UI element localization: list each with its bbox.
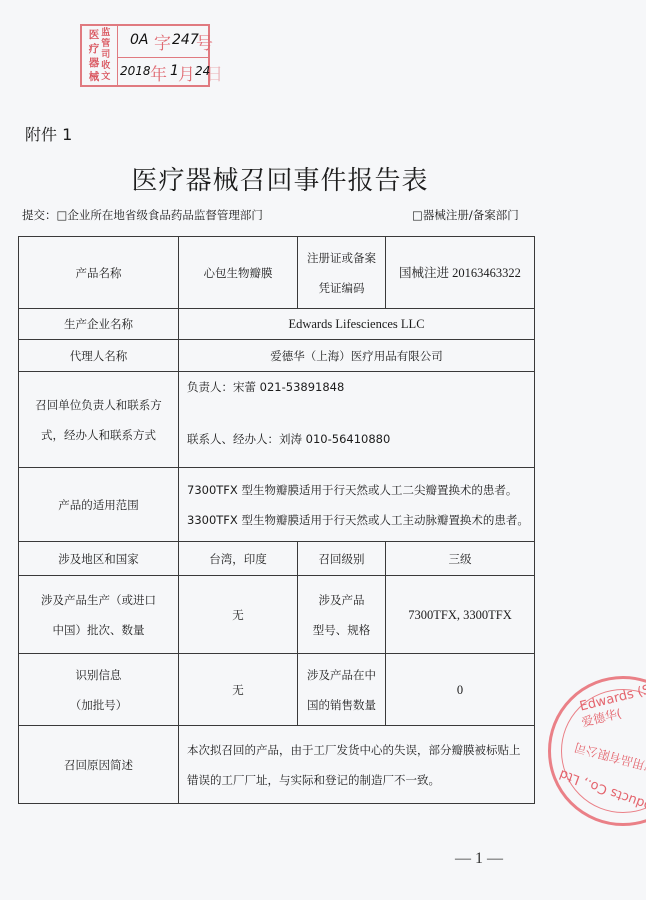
agent-value: 爱德华（上海）医疗用品有限公司 — [179, 340, 535, 372]
id-label-line1: 识别信息 — [23, 660, 174, 690]
id-label-line2: （加批号） — [23, 690, 174, 720]
recall-level-label: 召回级别 — [298, 542, 386, 576]
stamp-char: 收 — [101, 61, 110, 72]
scope-line2: 3300TFX 型生物瓣膜适用于行天然或人工主动脉瓣置换术的患者。 — [187, 505, 530, 535]
stamp-date-row: 2018 年 1 月 24 日 — [118, 57, 208, 87]
id-info-label: 识别信息 （加批号） — [19, 654, 179, 726]
stamp-number-char: 字 — [154, 29, 171, 54]
stamp-day-char: 日 — [206, 60, 223, 85]
reason-label: 召回原因简述 — [19, 726, 179, 804]
sales-label-line1: 涉及产品在中 — [302, 660, 381, 690]
reason-line2: 错误的工厂厂址，与实际和登记的制造厂不一致。 — [187, 765, 530, 795]
region-value: 台湾，印度 — [179, 542, 298, 576]
company-seal: Edwards (S 爱德华( 医疗用品有限公司 roducts Co., Lt… — [548, 676, 646, 826]
sales-label-line2: 国的销售数量 — [302, 690, 381, 720]
recall-level-value: 三级 — [386, 542, 535, 576]
sales-label: 涉及产品在中 国的销售数量 — [298, 654, 386, 726]
batch-label-line1: 涉及产品生产（或进口 — [23, 585, 174, 615]
table-row: 识别信息 （加批号） 无 涉及产品在中 国的销售数量 0 — [19, 654, 535, 726]
stamp-number-value: 247 — [172, 32, 199, 48]
contact-label: 召回单位负责人和联系方 式，经办人和联系方式 — [19, 372, 179, 468]
manufacturer-value: Edwards Lifesciences LLC — [179, 309, 535, 340]
batch-label-line2: 中国）批次、数量 — [23, 615, 174, 645]
stamp-char: 器 — [89, 56, 100, 70]
stamp-year-char: 年 — [150, 60, 167, 85]
batch-value: 无 — [179, 576, 298, 654]
submit-to-provincial: 提交：□企业所在地省级食品药品监督管理部门 — [22, 207, 263, 223]
reg-cert-label-line2: 凭证编码 — [302, 273, 381, 303]
contact-person: 负责人：宋蕾 021-53891848 — [187, 372, 530, 402]
stamp-number-prefix: 0A — [130, 32, 148, 48]
reg-cert-label: 注册证或备案 凭证编码 — [298, 237, 386, 309]
recall-report-table: 产品名称 心包生物瓣膜 注册证或备案 凭证编码 国械注进 20163463322… — [18, 236, 535, 804]
product-name-value: 心包生物瓣膜 — [179, 237, 298, 309]
stamp-year: 2018 — [120, 64, 151, 78]
batch-label: 涉及产品生产（或进口 中国）批次、数量 — [19, 576, 179, 654]
receipt-stamp: 医 疗 器 械 监 管 司 收 文 0A 字 247 号 2018 年 1 月 … — [80, 24, 210, 87]
stamp-number-suffix: 号 — [196, 29, 213, 54]
stamp-char: 医 — [89, 28, 100, 42]
table-row: 代理人名称 爱德华（上海）医疗用品有限公司 — [19, 340, 535, 372]
region-label: 涉及地区和国家 — [19, 542, 179, 576]
sales-value: 0 — [386, 654, 535, 726]
stamp-month-char: 月 — [178, 60, 195, 85]
stamp-char: 监 — [101, 28, 110, 39]
reg-cert-label-line1: 注册证或备案 — [302, 243, 381, 273]
table-row: 涉及地区和国家 台湾，印度 召回级别 三级 — [19, 542, 535, 576]
reg-cert-value: 国械注进 20163463322 — [386, 237, 535, 309]
contact-handler: 联系人、经办人：刘涛 010-56410880 — [187, 424, 530, 454]
contact-value: 负责人：宋蕾 021-53891848 联系人、经办人：刘涛 010-56410… — [179, 372, 535, 468]
table-row: 生产企业名称 Edwards Lifesciences LLC — [19, 309, 535, 340]
contact-label-line1: 召回单位负责人和联系方 — [23, 390, 174, 420]
id-info-value: 无 — [179, 654, 298, 726]
page-title: 医疗器械召回事件报告表 — [0, 160, 560, 197]
reason-line1: 本次拟召回的产品，由于工厂发货中心的失误，部分瓣膜被标贴上 — [187, 735, 530, 765]
scope-label: 产品的适用范围 — [19, 468, 179, 542]
scope-line1: 7300TFX 型生物瓣膜适用于行天然或人工二尖瓣置换术的患者。 — [187, 475, 530, 505]
scope-value: 7300TFX 型生物瓣膜适用于行天然或人工二尖瓣置换术的患者。 3300TFX… — [179, 468, 535, 542]
attachment-label: 附件 1 — [25, 122, 72, 145]
manufacturer-label: 生产企业名称 — [19, 309, 179, 340]
stamp-char: 管 — [101, 39, 110, 50]
page-number: — 1 — — [455, 850, 503, 868]
model-label-line1: 涉及产品 — [302, 585, 381, 615]
stamp-number-row: 0A 字 247 号 — [118, 26, 208, 58]
table-row: 涉及产品生产（或进口 中国）批次、数量 无 涉及产品 型号、规格 7300TFX… — [19, 576, 535, 654]
submit-to-registration: □器械注册/备案部门 — [412, 207, 519, 223]
model-value: 7300TFX, 3300TFX — [386, 576, 535, 654]
stamp-char: 疗 — [89, 42, 100, 56]
agent-label: 代理人名称 — [19, 340, 179, 372]
table-row: 召回原因简述 本次拟召回的产品，由于工厂发货中心的失误，部分瓣膜被标贴上 错误的… — [19, 726, 535, 804]
model-label-line2: 型号、规格 — [302, 615, 381, 645]
product-name-label: 产品名称 — [19, 237, 179, 309]
stamp-label: 医 疗 器 械 监 管 司 收 文 — [82, 26, 118, 85]
stamp-char: 司 — [101, 50, 110, 61]
table-row: 产品的适用范围 7300TFX 型生物瓣膜适用于行天然或人工二尖瓣置换术的患者。… — [19, 468, 535, 542]
table-row: 召回单位负责人和联系方 式，经办人和联系方式 负责人：宋蕾 021-538918… — [19, 372, 535, 468]
stamp-char: 械 — [89, 70, 100, 84]
stamp-char: 文 — [101, 72, 110, 83]
model-label: 涉及产品 型号、规格 — [298, 576, 386, 654]
contact-label-line2: 式，经办人和联系方式 — [23, 420, 174, 450]
reason-value: 本次拟召回的产品，由于工厂发货中心的失误，部分瓣膜被标贴上 错误的工厂厂址，与实… — [179, 726, 535, 804]
table-row: 产品名称 心包生物瓣膜 注册证或备案 凭证编码 国械注进 20163463322 — [19, 237, 535, 309]
